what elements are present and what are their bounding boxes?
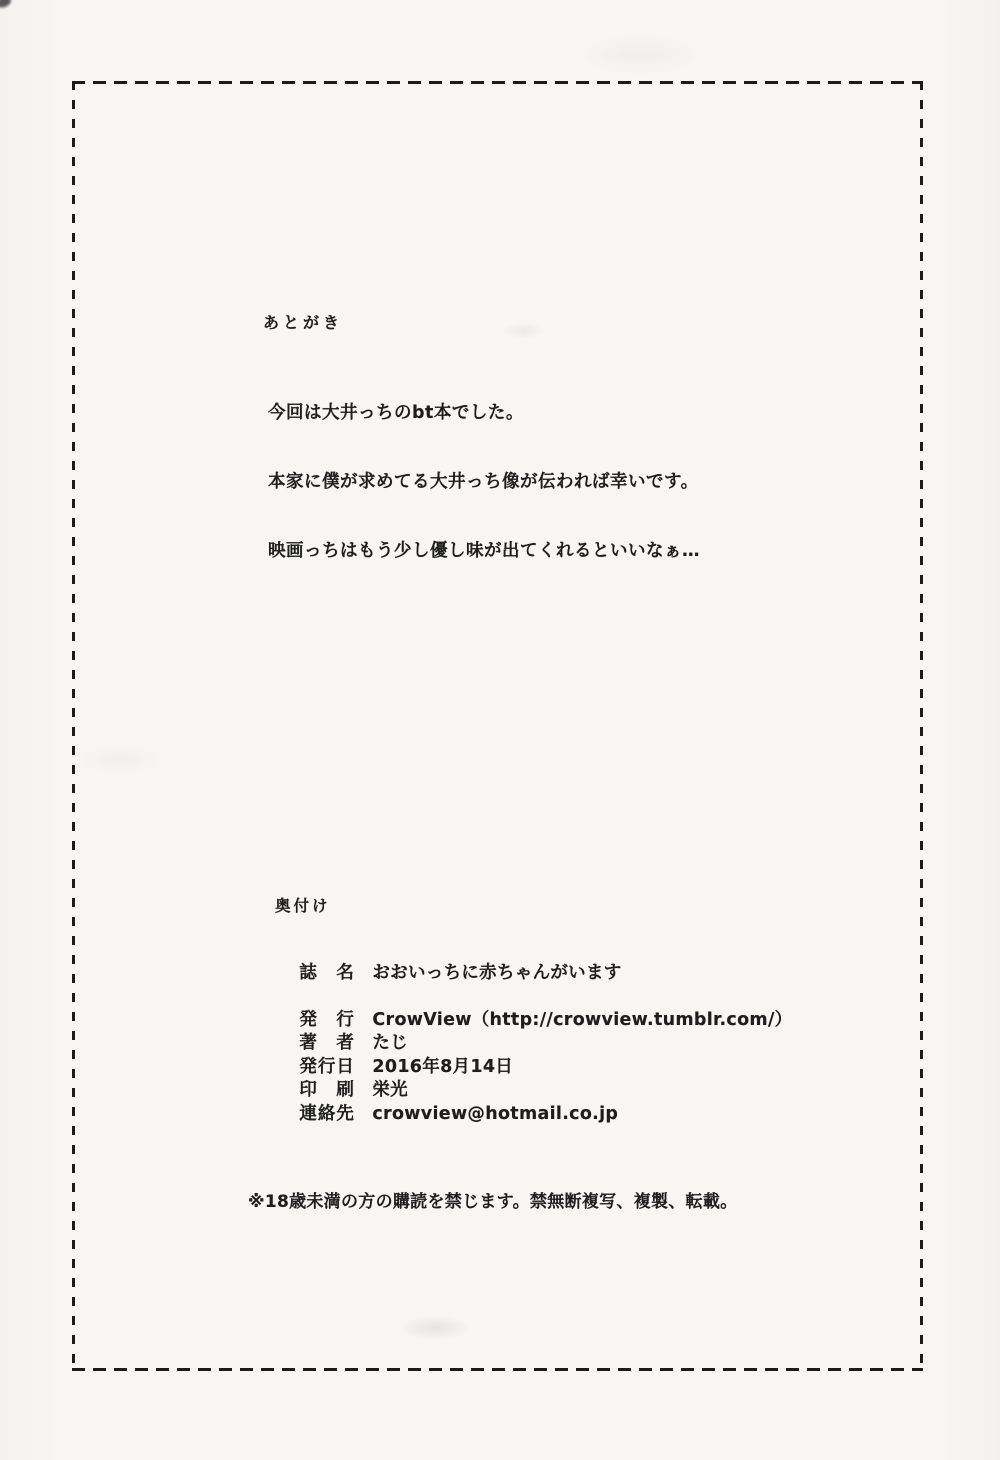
colophon-label: 誌 名 xyxy=(299,959,357,984)
afterword-line: 今回は大井っちのbt本でした。 xyxy=(268,402,700,425)
colophon-heading: 奥付け xyxy=(275,894,331,916)
dashed-border-top xyxy=(72,81,923,84)
afterword-line: 本家に僕が求めてる大井っち像が伝われば幸いです。 xyxy=(268,471,700,494)
colophon-row-contact: 連絡先crowview@hotmail.co.jp xyxy=(275,1080,618,1145)
afterword-paragraph: 今回は大井っちのbt本でした。 本家に僕が求めてる大井っち像が伝われば幸いです。… xyxy=(268,356,700,609)
colophon-label: 連絡先 xyxy=(299,1100,357,1125)
scan-artifact-corner xyxy=(0,0,12,9)
colophon-value-contact-email: crowview@hotmail.co.jp xyxy=(372,1104,618,1124)
dashed-border-bottom xyxy=(72,1368,923,1371)
colophon-value-book-title: おおいっちに赤ちゃんがいます xyxy=(372,963,621,983)
colophon-value-publisher: CrowView（http://crowview.tumblr.com/） xyxy=(372,1010,792,1030)
afterword-line: 映画っちはもう少し優し味が出てくれるといいなぁ… xyxy=(268,540,700,563)
afterword-heading: あとがき xyxy=(263,310,343,333)
age-restriction-disclaimer: ※18歳未満の方の購読を禁じます。禁無断複写、複製、転載。 xyxy=(248,1187,738,1212)
scanned-colophon-page: あとがき 今回は大井っちのbt本でした。 本家に僕が求めてる大井っち像が伝われば… xyxy=(0,0,1000,1460)
dashed-border-right xyxy=(920,81,923,1371)
dashed-border-left xyxy=(72,81,75,1371)
